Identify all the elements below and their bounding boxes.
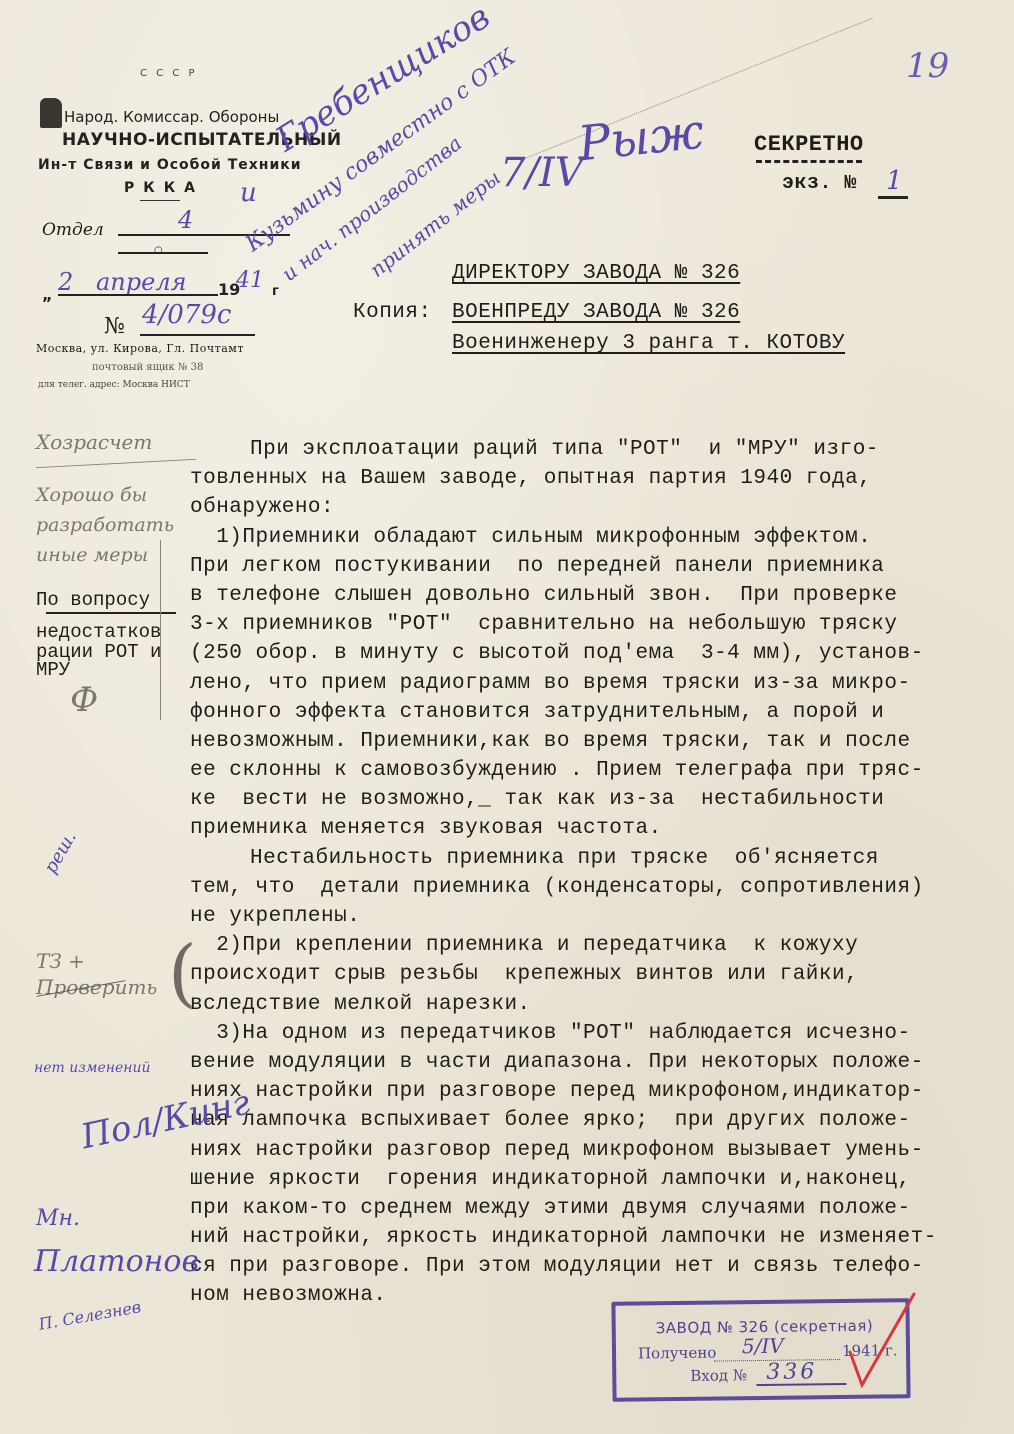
letterhead-ministry: Народ. Комиссар. Обороны [40,98,279,128]
margin-issue-label: По вопросу [36,590,150,610]
margin-signature-c-name: П. Селезнев [37,1297,142,1334]
letterhead-institute-line2: Ин-т Связи и Особой Техники [38,157,302,173]
margin-issue-line4: МРУ [36,660,70,680]
letterhead-ussr: С С С Р [140,68,198,79]
body-line: 2)При креплении приемника и передатчика … [190,934,960,963]
date-year-hand: 41 [236,268,264,293]
margin-bracket: ( [168,930,197,1016]
body-line: 3)На одном из передатчиков "РОТ" наблюда… [190,1022,960,1051]
margin-pencil-note: Хорошо бы разработать иные меры [36,480,206,570]
page-number: 19 [906,46,949,86]
body-line: (250 обор. в минуту с высотой под'ема 3-… [190,642,960,671]
margin-issue-rule [46,612,176,614]
addressee-copy-label: Копия: [353,301,432,324]
margin-hand-note-c: Мн. [36,1206,80,1231]
body-line: ке вести не возможно,_ так как из-за нес… [190,788,960,817]
margin-issue-line2: недостатков [36,622,161,642]
margin-pencil-note-top: Хозрасчет [36,430,152,454]
stamp-incoming-label: Вход № [690,1366,747,1385]
body-line: При эксплоатации раций типа "РОТ" и "МРУ… [190,438,960,467]
body-line: шение яркости горения индикаторной лампо… [190,1168,960,1197]
addressee-copy1: ВОЕНПРЕДУ ЗАВОДА № 326 [452,301,740,324]
margin-hand-note-b: нет изменений [34,1060,151,1076]
margin-pencil-note2-top: ТЗ + [36,948,157,974]
body-line: происходит срыв резьбы крепежных винтов … [190,963,960,992]
address-line1: Москва, ул. Кирова, Гл. Почтамт [36,342,244,355]
body-line: вследствие мелкой нарезки. [190,993,960,1022]
letterhead-rule [140,200,180,201]
body-line: Нестабильность приемника при тряске об'я… [190,847,960,876]
margin-hand-note-a: реш. [40,828,81,877]
number-label: № [104,314,125,339]
body-line: приемника меняется звуковая частота. [190,817,960,846]
letterhead-rkka: РККА [124,180,204,196]
body-line: ниях настройки разговор перед микрофоном… [190,1139,960,1168]
body-line: ее склонны к самовозбуждению . Прием тел… [190,759,960,788]
body-line: фонного эффекта становится затруднительн… [190,701,960,730]
classification-rule [756,160,862,163]
stamp-incoming-value: 336 [766,1359,817,1385]
date-line [58,294,218,296]
body-line: вение модуляции в части диапазона. При н… [190,1051,960,1080]
number-value: 4/079с [142,300,232,330]
address-line3: для телег. адрес: Москва НИСТ [38,380,190,390]
ministry-text: Народ. Комиссар. Обороны [64,108,279,126]
department-value: 4 [178,206,193,234]
date-suffix: г [272,284,279,299]
margin-pencil-bar [160,540,161,720]
checkmark-icon [840,1290,920,1390]
body-line: в телефоне слышен довольно сильный звон.… [190,584,960,613]
classification-label: СЕКРЕТНО [754,132,864,157]
body-line: при каком-то среднем между этими двумя с… [190,1197,960,1226]
ink-blot-icon [40,98,62,128]
copy-number: 1 [886,166,903,196]
body-line: 3-х приемников "РОТ" сравнительно на неб… [190,613,960,642]
department-label: Отдел [42,220,104,240]
copy-line [878,196,908,199]
stamp-received-label: Получено [638,1344,717,1363]
margin-signature-c: Платонов [34,1244,199,1279]
ornament-dot-icon: ○ [154,245,163,256]
resolution-prefix: и [240,178,257,208]
date-month: апреля [96,268,187,296]
resolution-signature: Рыж [575,104,706,173]
addressee-main: ДИРЕКТОРУ ЗАВОДА № 326 [452,262,740,285]
body-line: ниях настройки при разговоре перед микро… [190,1080,960,1109]
body-line: не укреплены. [190,905,960,934]
margin-pencil-signature: Ф [70,680,98,720]
body-line: При легком постукивании по передней пане… [190,555,960,584]
address-line2: почтовый ящик № 38 [92,362,203,373]
number-line [140,334,255,336]
date-day: 2 [58,268,73,296]
body-line: невозможным. Приемники,как во время тряс… [190,730,960,759]
letter-body: При эксплоатации раций типа "РОТ" и "МРУ… [190,438,960,1314]
body-line: ний настройки, яркость индикаторной ламп… [190,1226,960,1255]
margin-pencil-rule [36,459,196,468]
resolution-signature-initials: 7/IV [500,150,584,196]
body-line: ся при разговоре. При этом модуляции нет… [190,1255,960,1284]
body-line: ная лампочка вспыхивает более ярко; при … [190,1109,960,1138]
body-line: 1)Приемники обладают сильным микрофонным… [190,526,960,555]
addressee-copy2: Военинженеру 3 ранга т. КОТОВУ [452,332,845,355]
body-line: лено, что прием радиограмм во время тряс… [190,672,960,701]
date-quote: „ [42,285,53,304]
body-line: товленных на Вашем заводе, опытная парти… [190,467,960,496]
body-line: обнаружено: [190,496,960,525]
ornament-rule [118,252,208,254]
body-line: тем, что детали приемника (конденсаторы,… [190,876,960,905]
margin-pencil-note2-bottom: Проверить [36,974,157,1000]
stamp-received-value: 5/IV [742,1334,784,1359]
copy-label: экз. № [782,172,857,195]
